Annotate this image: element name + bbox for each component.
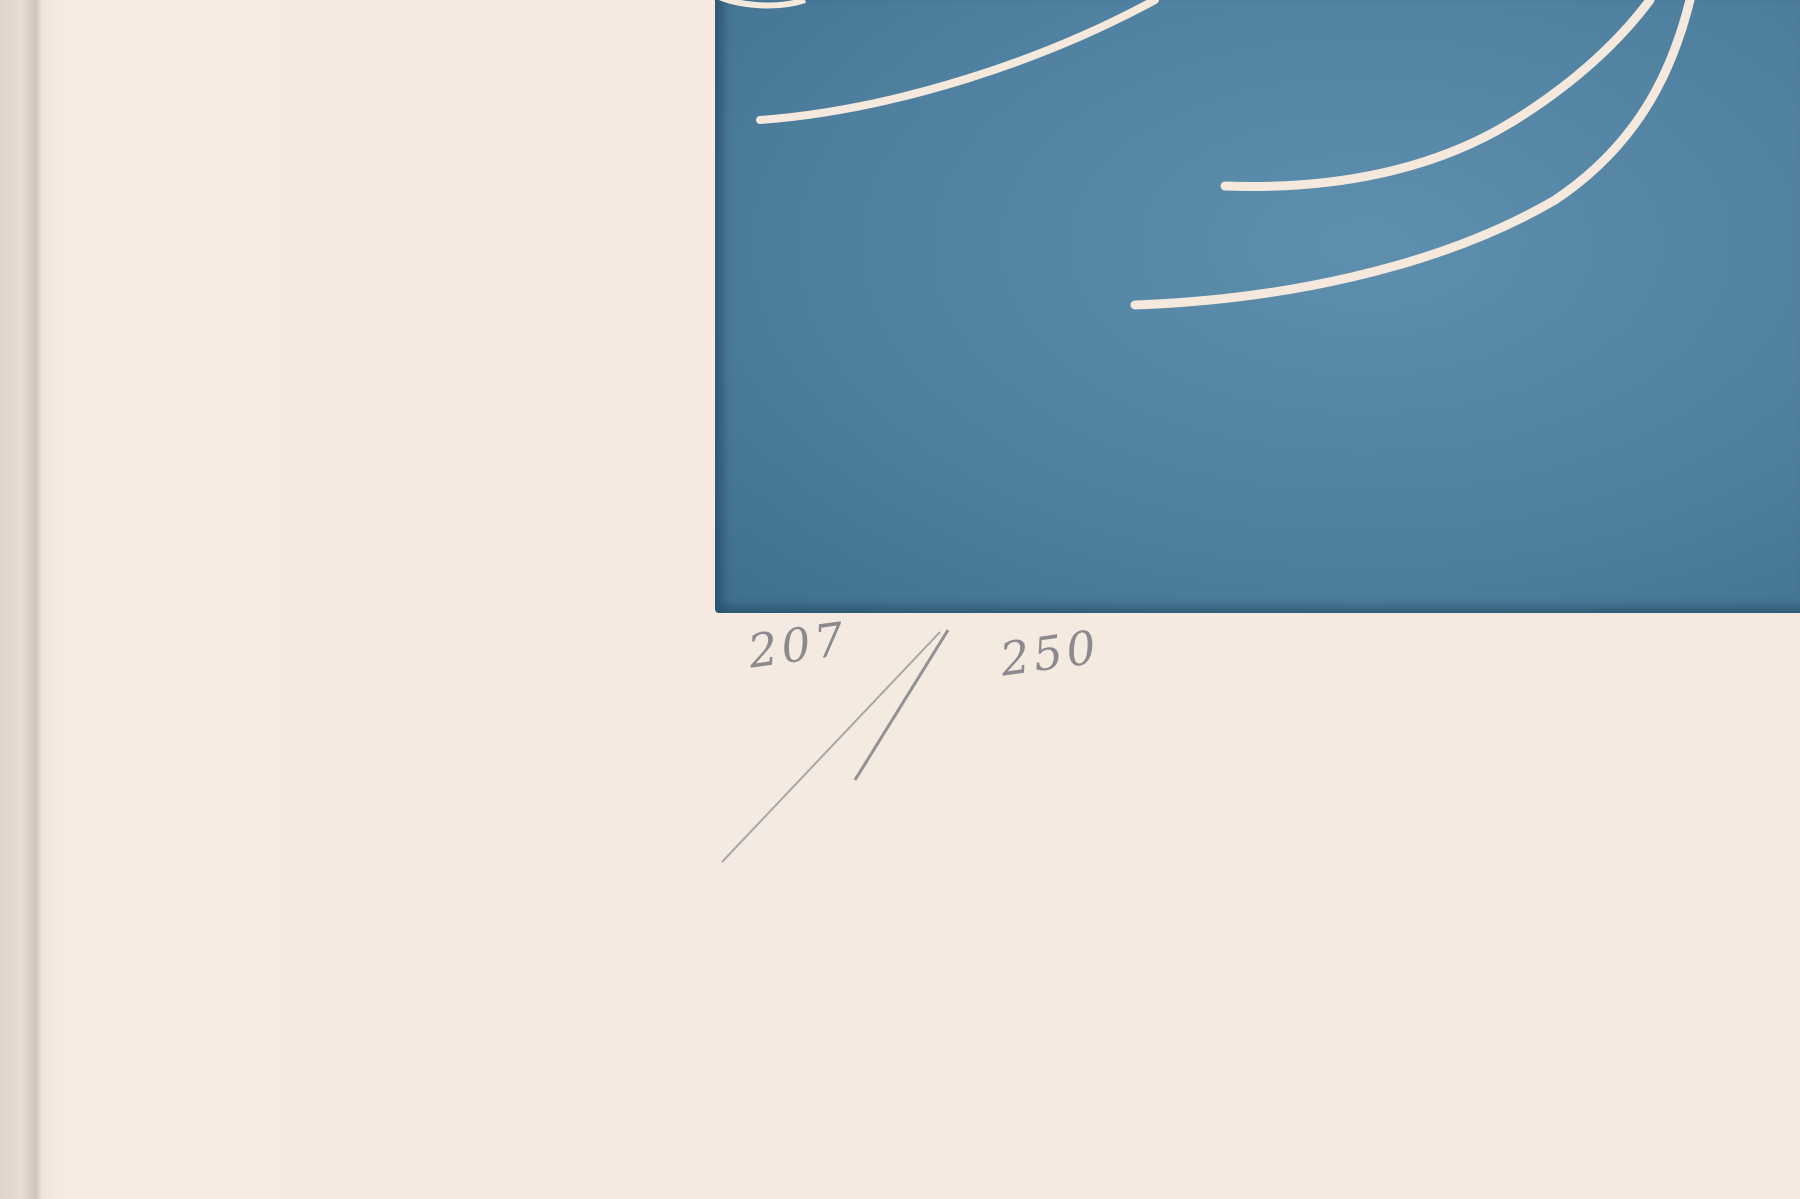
artwork-photo: 207 250 <box>0 0 1800 1199</box>
edition-number: 207 <box>745 611 851 678</box>
cream-curved-lines <box>715 0 1800 613</box>
edition-total: 250 <box>997 619 1103 686</box>
frame-edge <box>0 0 42 1199</box>
blue-plate-area <box>715 0 1800 613</box>
